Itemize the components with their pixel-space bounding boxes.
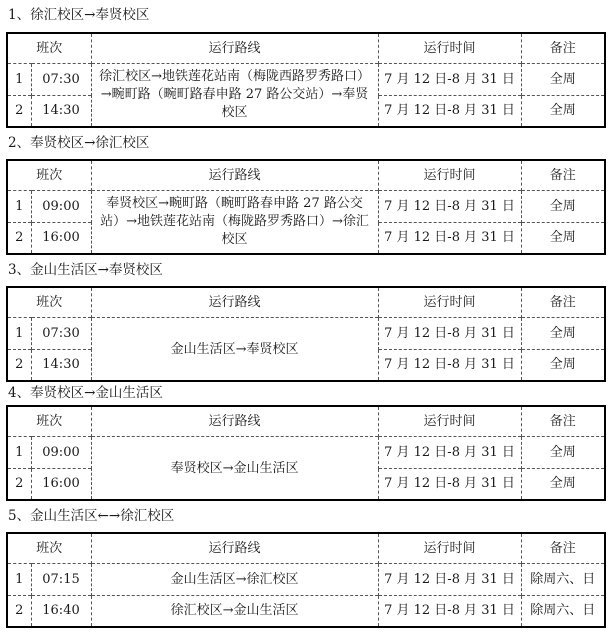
table-row: 1 07:30 徐汇校区→地铁莲花站南（梅陇西路罗秀路口）→畹町路（畹町路春申路… [7,64,605,95]
table-header-row: 班次 运行路线 运行时间 备注 [7,287,605,318]
route-cell: 奉贤校区→金山生活区 [91,437,378,500]
shift-number: 1 [7,564,31,595]
route-cell: 徐汇校区→金山生活区 [91,595,378,627]
run-period: 7 月 12 日-8 月 31 日 [378,564,521,595]
remark: 全周 [521,64,605,95]
remark: 除周六、日 [521,564,605,595]
table-row: 1 09:00 奉贤校区→畹町路（畹町路春申路 27 路公交站）→地铁莲花站南（… [7,191,605,222]
schedule-table-1: 班次 运行路线 运行时间 备注 1 07:30 徐汇校区→地铁莲花站南（梅陇西路… [6,32,606,128]
table-row: 1 09:00 奉贤校区→金山生活区 7 月 12 日-8 月 31 日 全周 [7,437,605,468]
header-shift: 班次 [7,160,91,191]
run-period: 7 月 12 日-8 月 31 日 [378,437,521,468]
header-period: 运行时间 [378,533,521,564]
schedule-table-5: 班次 运行路线 运行时间 备注 1 07:15 金山生活区→徐汇校区 7 月 1… [6,532,606,628]
table-header-row: 班次 运行路线 运行时间 备注 [7,406,605,437]
shift-number: 2 [7,468,31,500]
shift-number: 1 [7,437,31,468]
run-period: 7 月 12 日-8 月 31 日 [378,349,521,381]
departure-time: 07:30 [31,64,91,95]
remark: 全周 [521,349,605,381]
departure-time: 16:00 [31,222,91,254]
remark: 全周 [521,318,605,349]
route-cell: 徐汇校区→地铁莲花站南（梅陇西路罗秀路口）→畹町路（畹町路春申路 27 路公交站… [91,64,378,127]
run-period: 7 月 12 日-8 月 31 日 [378,595,521,627]
shift-number: 2 [7,349,31,381]
section-title-1: 1、徐汇校区→奉贤校区 [8,7,149,23]
shift-number: 2 [7,95,31,127]
departure-time: 07:30 [31,318,91,349]
header-route: 运行路线 [91,287,378,318]
header-remark: 备注 [521,533,605,564]
section-title-5: 5、金山生活区←→徐汇校区 [8,508,174,524]
remark: 全周 [521,437,605,468]
shift-number: 1 [7,64,31,95]
table-row: 2 16:40 徐汇校区→金山生活区 7 月 12 日-8 月 31 日 除周六… [7,595,605,627]
run-period: 7 月 12 日-8 月 31 日 [378,468,521,500]
route-cell: 金山生活区→徐汇校区 [91,564,378,595]
schedule-table-2: 班次 运行路线 运行时间 备注 1 09:00 奉贤校区→畹町路（畹町路春申路 … [6,159,606,255]
schedule-table-3: 班次 运行路线 运行时间 备注 1 07:30 金山生活区→奉贤校区 7 月 1… [6,286,606,382]
header-route: 运行路线 [91,533,378,564]
table-row: 1 07:30 金山生活区→奉贤校区 7 月 12 日-8 月 31 日 全周 [7,318,605,349]
run-period: 7 月 12 日-8 月 31 日 [378,64,521,95]
header-period: 运行时间 [378,287,521,318]
departure-time: 07:15 [31,564,91,595]
section-title-2: 2、奉贤校区→徐汇校区 [8,135,149,151]
header-period: 运行时间 [378,406,521,437]
departure-time: 09:00 [31,191,91,222]
run-period: 7 月 12 日-8 月 31 日 [378,191,521,222]
schedule-table-4: 班次 运行路线 运行时间 备注 1 09:00 奉贤校区→金山生活区 7 月 1… [6,405,606,501]
table-row: 1 07:15 金山生活区→徐汇校区 7 月 12 日-8 月 31 日 除周六… [7,564,605,595]
remark: 全周 [521,468,605,500]
header-shift: 班次 [7,33,91,64]
departure-time: 14:30 [31,349,91,381]
table-header-row: 班次 运行路线 运行时间 备注 [7,533,605,564]
shift-number: 1 [7,318,31,349]
remark: 除周六、日 [521,595,605,627]
remark: 全周 [521,95,605,127]
run-period: 7 月 12 日-8 月 31 日 [378,318,521,349]
header-shift: 班次 [7,533,91,564]
header-route: 运行路线 [91,160,378,191]
departure-time: 14:30 [31,95,91,127]
shift-number: 1 [7,191,31,222]
departure-time: 16:00 [31,468,91,500]
route-cell: 奉贤校区→畹町路（畹町路春申路 27 路公交站）→地铁莲花站南（梅陇路罗秀路口）… [91,191,378,254]
header-remark: 备注 [521,160,605,191]
shift-number: 2 [7,222,31,254]
departure-time: 16:40 [31,595,91,627]
shift-number: 2 [7,595,31,627]
route-cell: 金山生活区→奉贤校区 [91,318,378,381]
table-header-row: 班次 运行路线 运行时间 备注 [7,160,605,191]
header-route: 运行路线 [91,406,378,437]
remark: 全周 [521,222,605,254]
header-remark: 备注 [521,406,605,437]
section-title-3: 3、金山生活区→奉贤校区 [8,262,163,278]
header-remark: 备注 [521,287,605,318]
departure-time: 09:00 [31,437,91,468]
header-remark: 备注 [521,33,605,64]
run-period: 7 月 12 日-8 月 31 日 [378,222,521,254]
header-shift: 班次 [7,406,91,437]
section-title-4: 4、奉贤校区→金山生活区 [8,385,163,401]
table-header-row: 班次 运行路线 运行时间 备注 [7,33,605,64]
remark: 全周 [521,191,605,222]
header-period: 运行时间 [378,160,521,191]
header-period: 运行时间 [378,33,521,64]
header-route: 运行路线 [91,33,378,64]
run-period: 7 月 12 日-8 月 31 日 [378,95,521,127]
header-shift: 班次 [7,287,91,318]
